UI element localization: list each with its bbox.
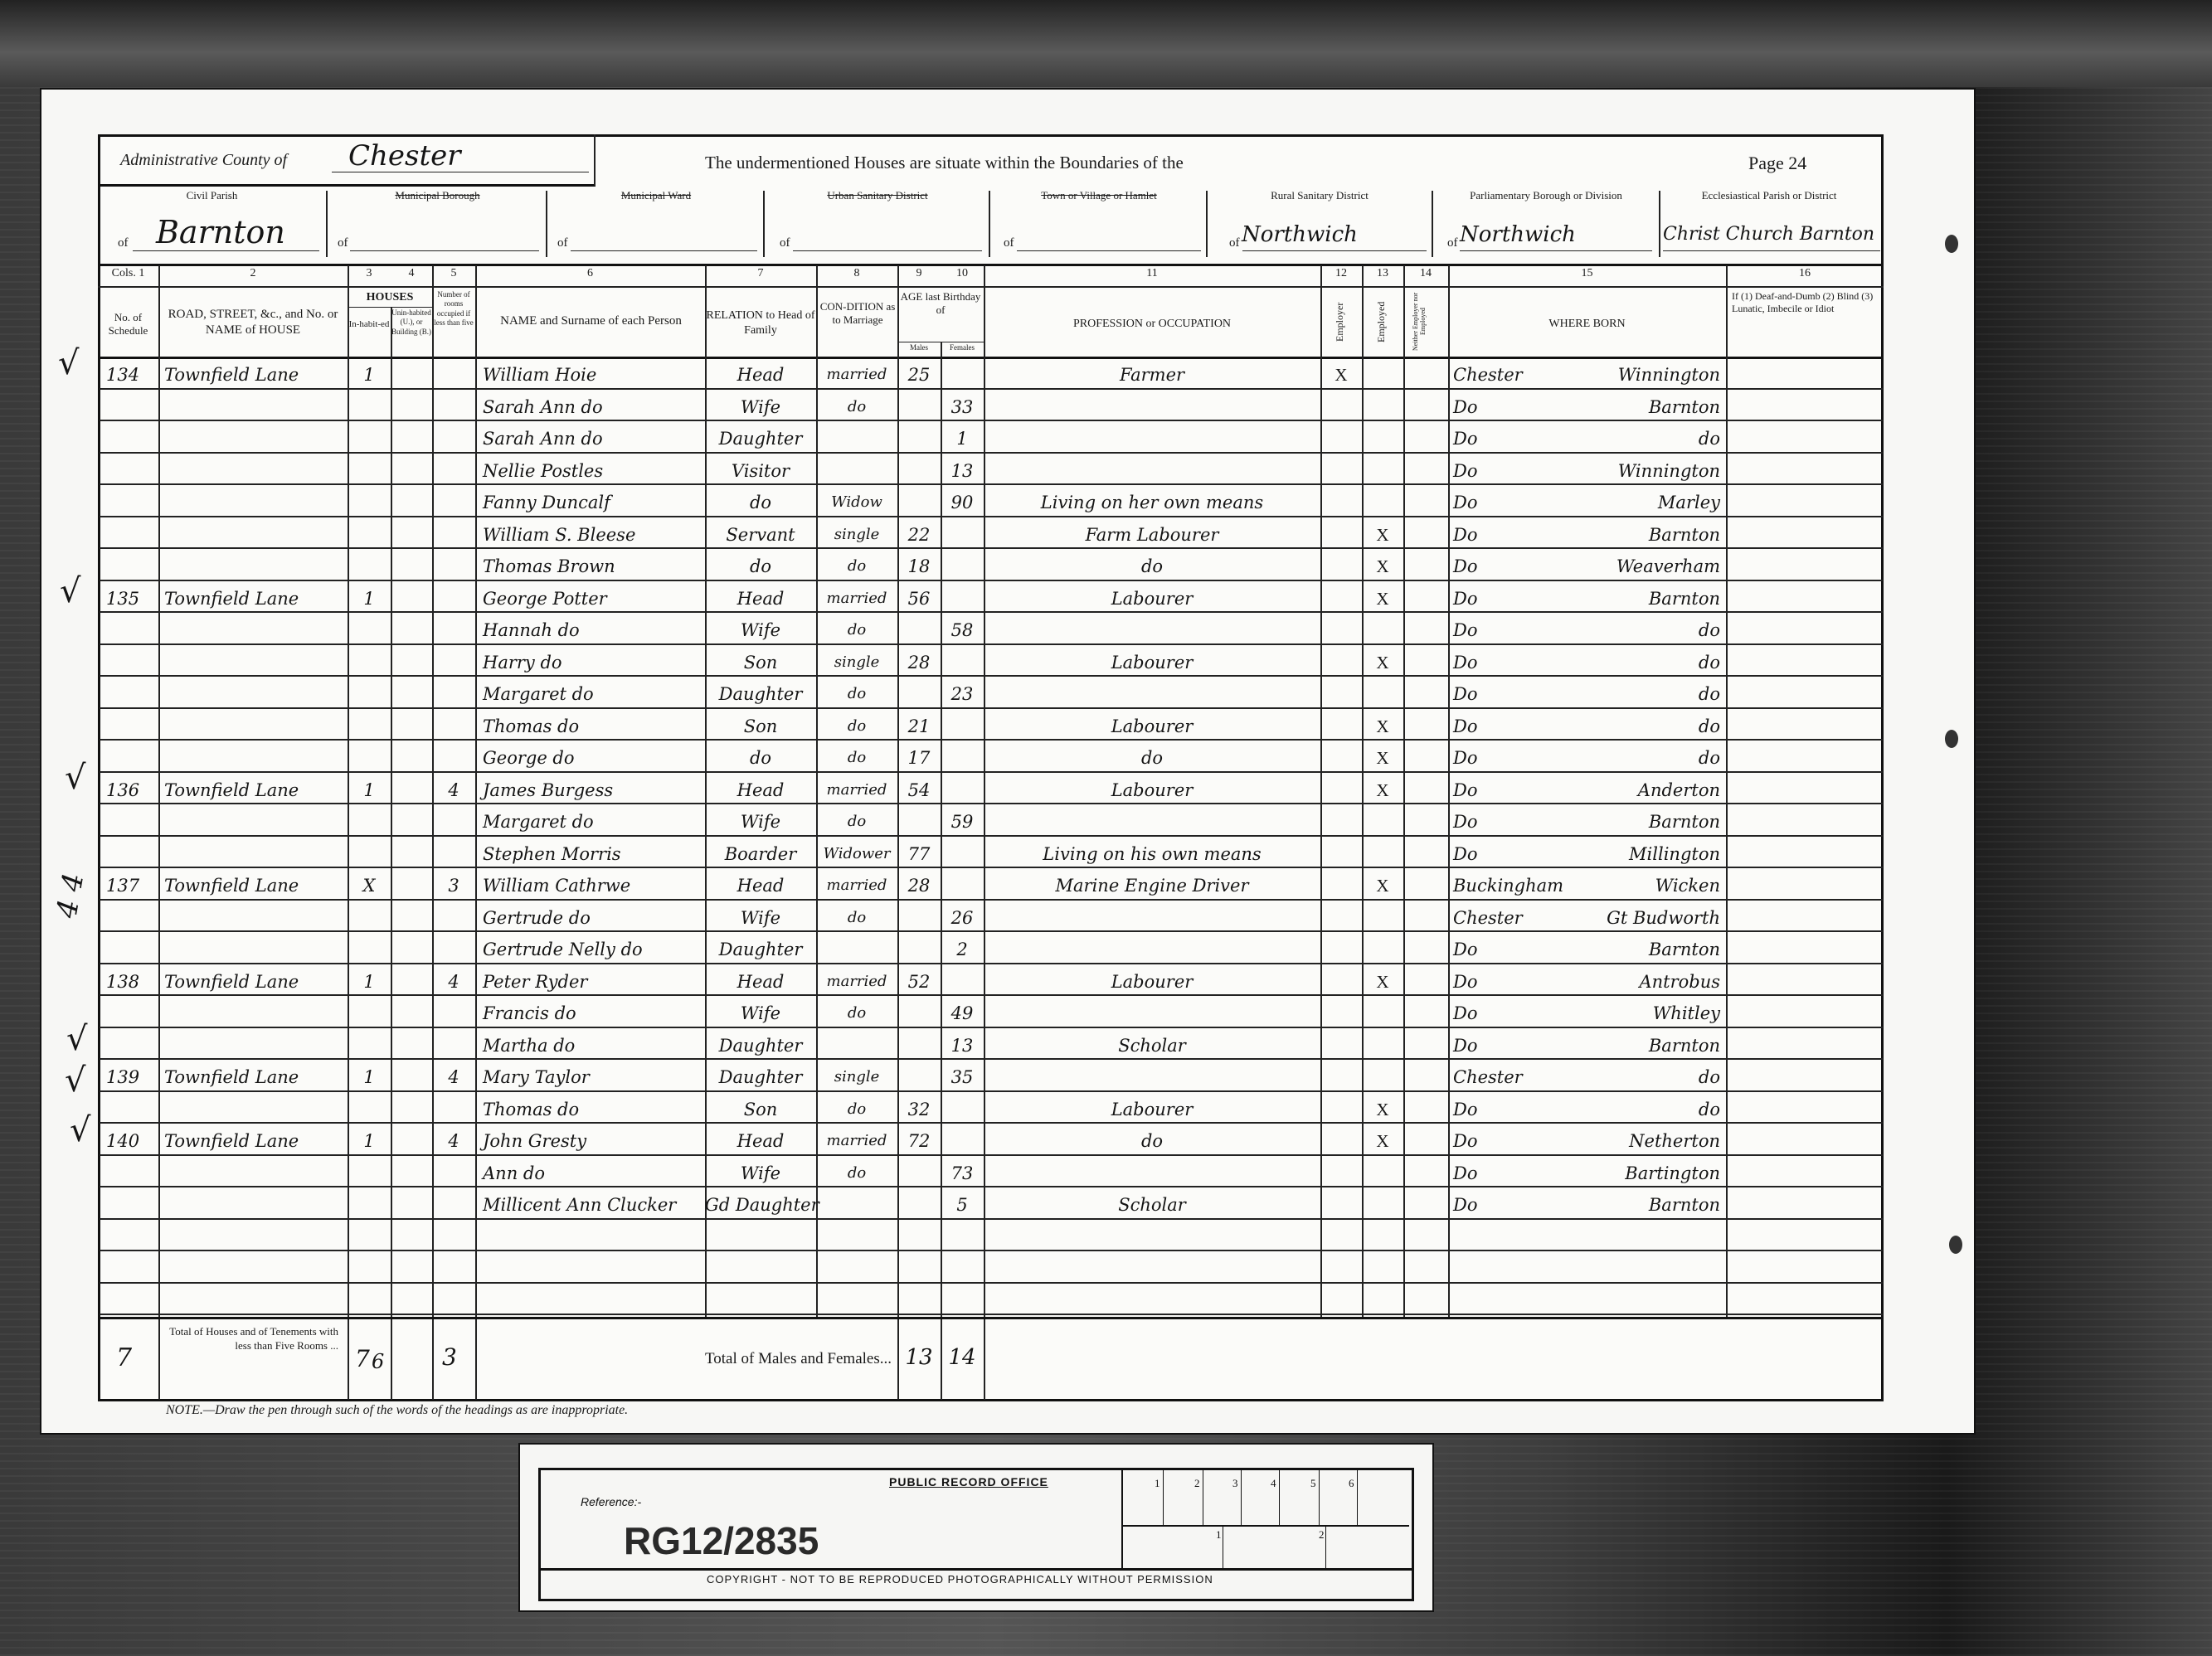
birth-place: do [1561,742,1723,774]
rooms-count [432,1158,475,1189]
employed-mark [1362,455,1403,487]
age-female: 13 [941,455,984,487]
rooms-count: 4 [432,775,475,806]
inhabited-count [348,391,391,423]
employed-mark [1362,678,1403,710]
rooms-count [432,998,475,1029]
row-rule [100,1314,1883,1315]
occupation: Labourer [984,775,1320,806]
col-number-rule [98,286,1884,288]
birth-place: Wicken [1561,870,1723,901]
occupation [984,902,1320,934]
house-address [164,423,345,454]
employed-mark [1362,902,1403,934]
schedule-number [106,1030,156,1061]
value-underline [350,250,539,251]
person-name: Hannah do [483,614,702,646]
relation-to-head: Daughter [705,934,816,965]
house-address: Townfield Lane [164,1061,345,1093]
birth-place: Barnton [1561,806,1723,838]
ruler-cm-label: 4 [1271,1477,1276,1490]
birth-county: Buckingham [1453,870,1561,901]
occupation: Labourer [984,583,1320,614]
col-neither-heading: Neither Employer nor Employed [1412,292,1427,352]
col-where-born-heading: WHERE BORN [1448,317,1726,332]
value-underline [1242,250,1427,251]
marital-condition: married [816,870,897,901]
employer-mark [1320,614,1362,646]
employed-mark: X [1362,1094,1403,1125]
of-prefix: of [1004,236,1014,250]
of-prefix: of [1229,236,1240,250]
occupation: Labourer [984,1094,1320,1125]
rooms-tally: 3 [442,1343,457,1371]
col-number: 3 [348,267,391,280]
age-female [941,583,984,614]
rooms-count: 4 [432,1125,475,1157]
marital-condition: do [816,614,897,646]
employed-mark: X [1362,1125,1403,1157]
rooms-count [432,806,475,838]
birth-place: Barnton [1561,1189,1723,1221]
employer-mark [1320,998,1362,1029]
age-male [897,1189,941,1221]
birth-county: Do [1453,1030,1561,1061]
neither-mark [1403,934,1448,965]
col-number: 4 [391,267,432,280]
schedule-number [106,423,156,454]
ruler-inch-line [1325,1525,1326,1568]
marital-condition: married [816,359,897,391]
birth-county: Chester [1453,359,1561,391]
admin-county-label: Administrative County of [120,151,287,170]
occupation: Scholar [984,1030,1320,1061]
occupation: Living on his own means [984,838,1320,870]
employed-mark [1362,838,1403,870]
marital-condition: do [816,711,897,742]
district-divider [326,191,328,257]
person-name: Nellie Postles [483,455,702,487]
inhabited-count [348,1158,391,1189]
col-uninhabited-heading: Unin-habited (U.), or Building (B.) [391,308,432,337]
employed-mark [1362,487,1403,518]
employed-mark: X [1362,870,1403,901]
person-name: Millicent Ann Clucker [483,1189,702,1221]
binding-hole [1949,1236,1962,1254]
col-number: 11 [984,267,1320,280]
neither-mark [1403,678,1448,710]
age-male [897,806,941,838]
rooms-count [432,614,475,646]
col-number: 13 [1362,267,1403,280]
relation-to-head: Wife [705,902,816,934]
person-name: Thomas do [483,711,702,742]
schedule-number: 137 [106,870,156,901]
age-male [897,1030,941,1061]
person-name: Thomas do [483,1094,702,1125]
age-male [897,487,941,518]
occupation: do [984,551,1320,582]
person-name: Ann do [483,1158,702,1189]
neither-mark [1403,359,1448,391]
rooms-count [432,423,475,454]
marital-condition: do [816,998,897,1029]
birth-place: do [1561,678,1723,710]
relation-to-head: Gd Daughter [705,1189,816,1221]
district-divider [989,191,990,257]
age-male [897,902,941,934]
house-address [164,391,345,423]
age-female [941,966,984,998]
employed-mark: X [1362,583,1403,614]
house-address: Townfield Lane [164,583,345,614]
marital-condition: Widower [816,838,897,870]
parliamentary-division-label: Parliamentary Borough or Division [1433,189,1659,202]
occupation [984,423,1320,454]
employed-mark: X [1362,711,1403,742]
col-infirmity-heading: If (1) Deaf-and-Dumb (2) Blind (3) Lunat… [1732,290,1879,315]
age-male [897,455,941,487]
age-male: 28 [897,870,941,901]
birth-place: do [1561,1094,1723,1125]
person-name: Gertrude do [483,902,702,934]
house-address [164,551,345,582]
birth-place: Barnton [1561,583,1723,614]
col-number: 16 [1726,267,1884,280]
relation-to-head: Boarder [705,838,816,870]
person-name: Sarah Ann do [483,423,702,454]
margin-check-mark: √ [65,1061,86,1100]
employer-mark [1320,775,1362,806]
header-bottom-rule [98,264,1884,266]
employed-mark [1362,806,1403,838]
neither-mark [1403,1061,1448,1093]
person-name: Stephen Morris [483,838,702,870]
person-name: George do [483,742,702,774]
birth-county: Do [1453,806,1561,838]
relation-to-head: Head [705,966,816,998]
rooms-count [432,678,475,710]
ruler-inch-label: 2 [1319,1528,1325,1542]
age-female: 59 [941,806,984,838]
birth-place: Anderton [1561,775,1723,806]
employed-mark [1362,1030,1403,1061]
employer-mark [1320,1189,1362,1221]
birth-county: Do [1453,775,1561,806]
occupation: Marine Engine Driver [984,870,1320,901]
of-prefix: of [118,236,129,250]
col-number: 5 [432,267,475,280]
house-address [164,711,345,742]
person-name: William Cathrwe [483,870,702,901]
col-address-heading: ROAD, STREET, &c., and No. or NAME of HO… [162,307,344,338]
marital-condition: do [816,678,897,710]
employed-mark: X [1362,519,1403,551]
age-male [897,1158,941,1189]
schedule-number [106,1094,156,1125]
neither-mark [1403,742,1448,774]
age-male [897,678,941,710]
occupation [984,1061,1320,1093]
occupation [984,934,1320,965]
neither-mark [1403,455,1448,487]
house-address [164,455,345,487]
birth-county: Do [1453,423,1561,454]
ruler-inch-label: 1 [1216,1528,1222,1542]
occupation [984,678,1320,710]
age-male [897,934,941,965]
inhabited-count [348,806,391,838]
rooms-count [432,1189,475,1221]
employed-mark [1362,934,1403,965]
age-female: 1 [941,423,984,454]
inhabited-count [348,455,391,487]
marital-condition: married [816,966,897,998]
person-name: Margaret do [483,806,702,838]
birth-place: do [1561,423,1723,454]
birth-county: Do [1453,678,1561,710]
col-name-heading: NAME and Surname of each Person [498,313,684,329]
ruler-cm-label: 5 [1310,1477,1316,1490]
marital-condition: married [816,775,897,806]
employer-mark [1320,838,1362,870]
schedule-number [106,711,156,742]
occupation [984,806,1320,838]
person-name: Sarah Ann do [483,391,702,423]
rural-sanitary-district-value: Northwich [1242,222,1358,247]
age-female: 35 [941,1061,984,1093]
value-underline [793,250,982,251]
margin-check-mark: √ [58,344,80,382]
district-divider [1659,191,1660,257]
relation-to-head: Wife [705,806,816,838]
relation-to-head: Daughter [705,1030,816,1061]
employer-mark [1320,551,1362,582]
ruler-cm-line [1279,1470,1280,1525]
age-female: 90 [941,487,984,518]
birth-place: Weaverham [1561,551,1723,582]
value-underline [1460,250,1652,251]
employer-mark [1320,711,1362,742]
neither-mark [1403,902,1448,934]
occupation [984,1158,1320,1189]
employer-mark [1320,455,1362,487]
age-female: 26 [941,902,984,934]
person-name: William S. Bleese [483,519,702,551]
person-name: Harry do [483,647,702,678]
schedule-number [106,998,156,1029]
birth-place: Bartington [1561,1158,1723,1189]
employed-mark [1362,1189,1403,1221]
schedule-number [106,838,156,870]
age-female: 73 [941,1158,984,1189]
employer-mark [1320,583,1362,614]
rooms-count [432,647,475,678]
inhabited-count [348,998,391,1029]
schedule-number [106,902,156,934]
house-address: Townfield Lane [164,1125,345,1157]
col-number: 9 [897,267,941,280]
house-address [164,934,345,965]
col-number: 6 [475,267,705,280]
person-name: Peter Ryder [483,966,702,998]
ruler-cm-label: 3 [1232,1477,1238,1490]
rooms-count: 4 [432,1061,475,1093]
birth-place: Barnton [1561,391,1723,423]
marital-condition: married [816,583,897,614]
inhabited-count [348,1189,391,1221]
birth-place: Marley [1561,487,1723,518]
inhabited-count: 1 [348,966,391,998]
col-schedule-heading: No. of Schedule [98,311,158,338]
col-employer-heading: Employer [1334,292,1346,352]
employer-mark [1320,647,1362,678]
employed-mark [1362,1061,1403,1093]
house-address [164,742,345,774]
value-underline [133,250,319,251]
house-address: Townfield Lane [164,966,345,998]
age-female: 33 [941,391,984,423]
ruler-cm-line [1241,1470,1242,1525]
schedule-number [106,487,156,518]
schedule-number [106,519,156,551]
reference-slip-frame: PUBLIC RECORD OFFICE Reference:- RG12/28… [538,1468,1414,1601]
age-male: 77 [897,838,941,870]
age-female: 23 [941,678,984,710]
relation-to-head: Head [705,359,816,391]
house-address [164,838,345,870]
rooms-count: 3 [432,870,475,901]
col-inhabited-heading: In-habit-ed [348,319,391,331]
value-underline [1663,250,1880,251]
employed-mark: X [1362,551,1403,582]
birth-place: Whitley [1561,998,1723,1029]
relation-to-head: Head [705,1125,816,1157]
neither-mark [1403,487,1448,518]
margin-check-mark: √ [66,1020,88,1058]
age-male: 52 [897,966,941,998]
age-female [941,551,984,582]
inhabited-count [348,934,391,965]
neither-mark [1403,1158,1448,1189]
relation-to-head: Wife [705,614,816,646]
urban-sanitary-district-label: Urban Sanitary District [765,189,990,202]
col-relation-heading: RELATION to Head of Family [705,308,816,338]
occupation: Labourer [984,647,1320,678]
record-office-label: PUBLIC RECORD OFFICE [889,1475,1048,1488]
neither-mark [1403,423,1448,454]
relation-to-head: do [705,487,816,518]
birth-county: Do [1453,455,1561,487]
age-male: 72 [897,1125,941,1157]
relation-to-head: Servant [705,519,816,551]
employer-mark [1320,934,1362,965]
occupation [984,455,1320,487]
rooms-count [432,902,475,934]
birth-county: Do [1453,934,1561,965]
occupation [984,614,1320,646]
person-name: Gertrude Nelly do [483,934,702,965]
footnote: NOTE.—Draw the pen through such of the w… [166,1403,628,1418]
schedule-number [106,678,156,710]
relation-to-head: Daughter [705,423,816,454]
age-male: 17 [897,742,941,774]
header-statement: The undermentioned Houses are situate wi… [705,153,1184,173]
schedule-number [106,647,156,678]
relation-to-head: Son [705,1094,816,1125]
totals-top-rule [98,1317,1884,1319]
ruler-cm-label: 1 [1155,1477,1160,1490]
col-males-heading: Males [897,343,941,352]
schedule-number: 139 [106,1061,156,1093]
col-employed-heading: Employed [1375,292,1388,352]
relation-to-head: Daughter [705,678,816,710]
relation-to-head: do [705,551,816,582]
houses-total-label: Total of Houses and of Tenements with le… [164,1325,338,1353]
schedule-number: 136 [106,775,156,806]
employer-mark [1320,966,1362,998]
relation-to-head: Son [705,711,816,742]
birth-place: Barnton [1561,934,1723,965]
inhabited-count [348,519,391,551]
birth-place: Winnington [1561,359,1723,391]
occupation: Farm Labourer [984,519,1320,551]
column-divider [1726,265,1728,1317]
houses-inhabited-total: 7 [355,1345,370,1372]
age-male [897,391,941,423]
marital-condition: do [816,551,897,582]
col-number: 10 [941,267,984,280]
neither-mark [1403,1030,1448,1061]
admin-county-value: Chester [348,139,461,172]
rooms-count [432,455,475,487]
age-male: 21 [897,711,941,742]
civil-parish-value: Barnton [156,214,285,250]
employer-mark [1320,742,1362,774]
binding-hole [1945,730,1958,748]
employed-mark [1362,359,1403,391]
occupation: Scholar [984,1189,1320,1221]
of-prefix: of [557,236,568,250]
reference-slip: PUBLIC RECORD OFFICE Reference:- RG12/28… [518,1443,1434,1612]
schedule-number: 135 [106,583,156,614]
age-male: 56 [897,583,941,614]
employer-mark [1320,1030,1362,1061]
age-male [897,614,941,646]
inhabited-count: 1 [348,583,391,614]
age-female [941,519,984,551]
district-divider [546,191,547,257]
birth-place: do [1561,1061,1723,1093]
relation-to-head: Head [705,870,816,901]
employed-mark [1362,614,1403,646]
schedules-tally: 7 [116,1343,132,1372]
occupation: do [984,1125,1320,1157]
col-age-heading: AGE last Birthday of [897,290,984,318]
admin-county-bottom-rule [98,184,596,187]
birth-place: Antrobus [1561,966,1723,998]
neither-mark [1403,583,1448,614]
district-divider [1432,191,1433,257]
relation-to-head: do [705,742,816,774]
marital-condition: single [816,1061,897,1093]
neither-mark [1403,1125,1448,1157]
age-female: 2 [941,934,984,965]
males-females-total-label: Total of Males and Females... [659,1350,892,1368]
house-address [164,998,345,1029]
birth-place: Netherton [1561,1125,1723,1157]
relation-to-head: Wife [705,1158,816,1189]
